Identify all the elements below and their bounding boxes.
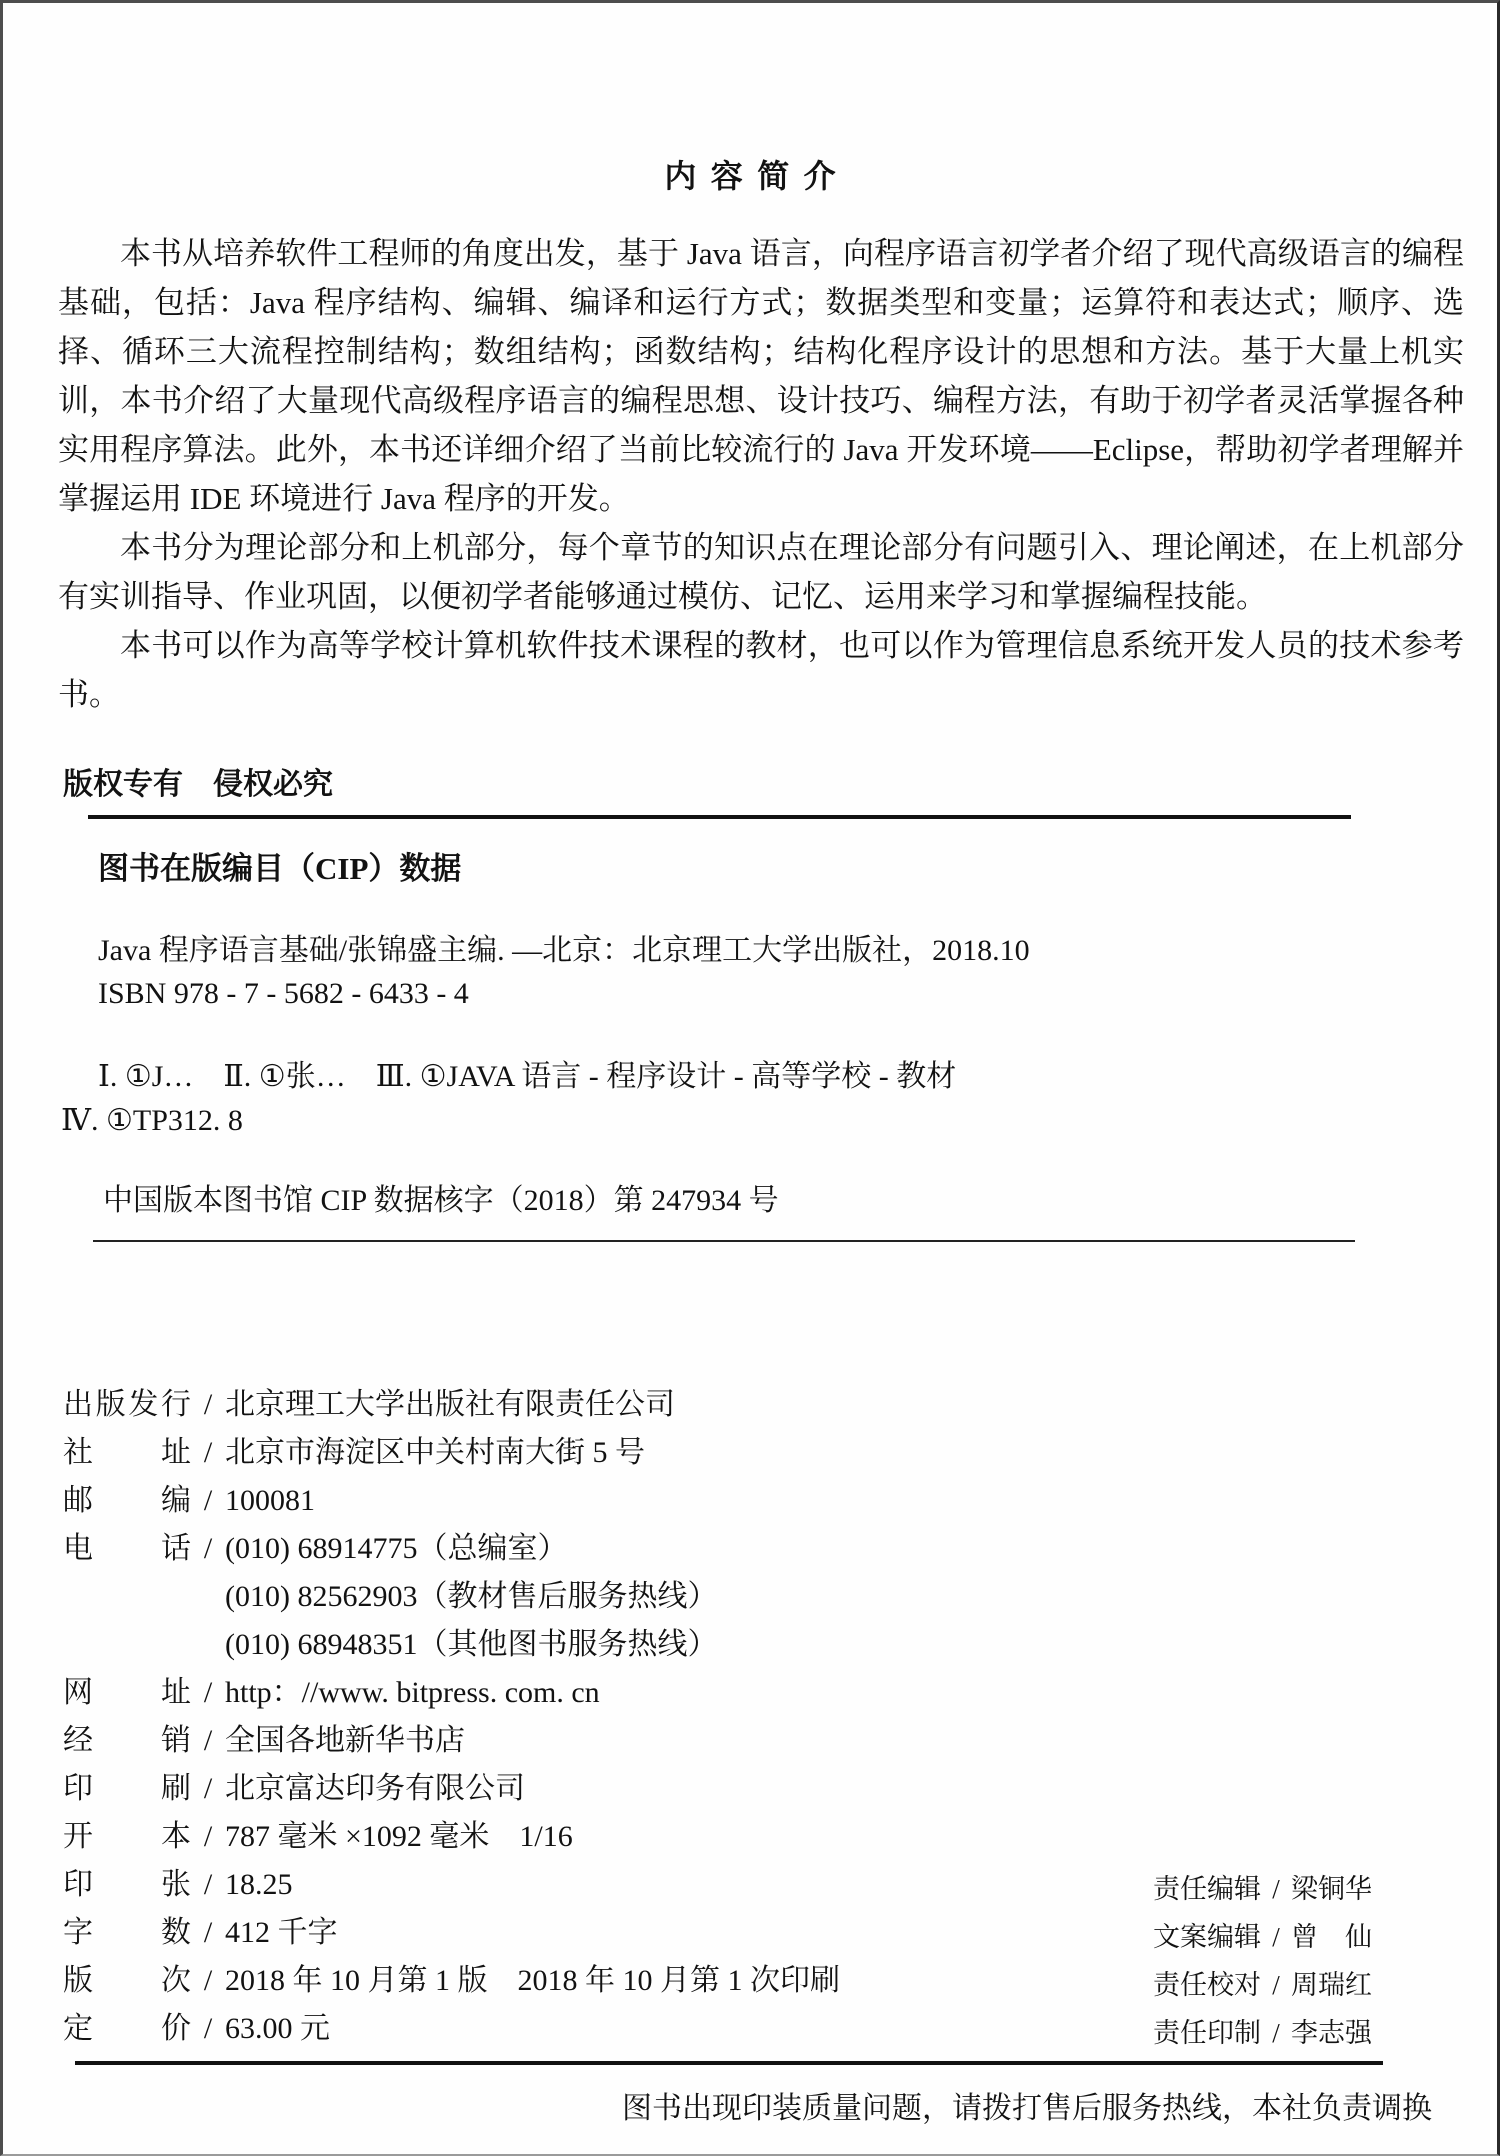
pub-label: 版次 xyxy=(63,1957,191,2005)
pub-label: 出版发行 xyxy=(63,1381,191,1429)
pub-row-phone-1: 电话/(010) 68914775（总编室） xyxy=(3,1525,1500,1573)
pub-value: 18.25 xyxy=(225,1868,293,1901)
pub-value: 787 毫米 ×1092 毫米 1/16 xyxy=(225,1820,573,1853)
pub-value: 100081 xyxy=(225,1484,315,1517)
cip-classification-line2: Ⅳ. ①TP312. 8 xyxy=(61,1103,243,1138)
horizontal-rule-top xyxy=(88,815,1351,819)
pub-value: (010) 82562903（教材售后服务热线） xyxy=(225,1580,717,1613)
cip-title-line: Java 程序语言基础/张锦盛主编. —北京：北京理工大学出版社，2018.10 xyxy=(98,925,1030,969)
staff-separator: / xyxy=(1261,1913,1291,1961)
pub-value: 北京市海淀区中关村南大街 5 号 xyxy=(225,1436,645,1469)
staff-label: 责任印制 xyxy=(1153,2009,1261,2057)
pub-value: (010) 68948351（其他图书服务热线） xyxy=(225,1628,717,1661)
staff-separator: / xyxy=(1261,2009,1291,2057)
staff-name: 梁铜华 xyxy=(1291,1865,1372,1913)
pub-separator: / xyxy=(191,1765,225,1813)
pub-label: 开本 xyxy=(63,1813,191,1861)
pub-separator: / xyxy=(191,2005,225,2053)
pub-value: 63.00 元 xyxy=(225,2012,330,2045)
copyright-notice: 版权专有 侵权必究 xyxy=(63,759,333,803)
staff-credits: 责任编辑/梁铜华 文案编辑/曾 仙 责任校对/周瑞红 责任印制/李志强 xyxy=(1153,1865,1372,2057)
content-summary: 本书从培养软件工程师的角度出发，基于 Java 语言，向程序语言初学者介绍了现代… xyxy=(58,229,1464,719)
pub-value: 412 千字 xyxy=(225,1916,338,1949)
pub-label: 网址 xyxy=(63,1669,191,1717)
staff-label: 责任校对 xyxy=(1153,1961,1261,2009)
pub-separator: / xyxy=(191,1957,225,2005)
pub-label: 字数 xyxy=(63,1909,191,1957)
page-title: 内容简介 xyxy=(3,151,1497,197)
staff-row-print-supervisor: 责任印制/李志强 xyxy=(1153,2009,1372,2057)
staff-row-proofreader: 责任校对/周瑞红 xyxy=(1153,1961,1372,2009)
cip-classification-line: Ⅰ. ①J… Ⅱ. ①张… Ⅲ. ①JAVA 语言 - 程序设计 - 高等学校 … xyxy=(98,1051,956,1095)
pub-separator: / xyxy=(191,1525,225,1573)
pub-separator: / xyxy=(191,1717,225,1765)
horizontal-rule-middle xyxy=(93,1240,1355,1242)
staff-name: 曾 仙 xyxy=(1291,1913,1372,1961)
intro-paragraph-1: 本书从培养软件工程师的角度出发，基于 Java 语言，向程序语言初学者介绍了现代… xyxy=(58,229,1464,523)
staff-separator: / xyxy=(1261,1961,1291,2009)
pub-label: 印刷 xyxy=(63,1765,191,1813)
staff-label: 责任编辑 xyxy=(1153,1865,1261,1913)
intro-paragraph-3: 本书可以作为高等学校计算机软件技术课程的教材，也可以作为管理信息系统开发人员的技… xyxy=(58,621,1464,719)
pub-row-printing: 印刷/北京富达印务有限公司 xyxy=(3,1765,1500,1813)
pub-label: 定价 xyxy=(63,2005,191,2053)
pub-row-phone-2: (010) 82562903（教材售后服务热线） xyxy=(3,1573,1500,1621)
pub-value: 北京富达印务有限公司 xyxy=(225,1772,525,1805)
pub-row-postcode: 邮编/100081 xyxy=(3,1477,1500,1525)
horizontal-rule-bottom xyxy=(75,2061,1383,2065)
pub-row-format: 开本/787 毫米 ×1092 毫米 1/16 xyxy=(3,1813,1500,1861)
pub-separator: / xyxy=(191,1669,225,1717)
cip-isbn-line: ISBN 978 - 7 - 5682 - 6433 - 4 xyxy=(98,977,469,1011)
staff-row-copy-editor: 文案编辑/曾 仙 xyxy=(1153,1913,1372,1961)
staff-label: 文案编辑 xyxy=(1153,1913,1261,1961)
pub-url: http：//www. bitpress. com. cn xyxy=(225,1676,600,1709)
pub-label: 电话 xyxy=(63,1525,191,1573)
copyright-page: 内容简介 本书从培养软件工程师的角度出发，基于 Java 语言，向程序语言初学者… xyxy=(0,0,1500,2156)
pub-label: 经销 xyxy=(63,1717,191,1765)
pub-value: (010) 68914775（总编室） xyxy=(225,1532,567,1565)
pub-separator: / xyxy=(191,1861,225,1909)
pub-separator: / xyxy=(191,1429,225,1477)
pub-separator: / xyxy=(191,1909,225,1957)
pub-row-address: 社址/北京市海淀区中关村南大街 5 号 xyxy=(3,1429,1500,1477)
pub-separator: / xyxy=(191,1381,225,1429)
cip-heading: 图书在版编目（CIP）数据 xyxy=(98,843,461,888)
pub-row-distribution: 经销/全国各地新华书店 xyxy=(3,1717,1500,1765)
pub-label: 邮编 xyxy=(63,1477,191,1525)
staff-name: 李志强 xyxy=(1291,2009,1372,2057)
cip-record-line: 中国版本图书馆 CIP 数据核字（2018）第 247934 号 xyxy=(103,1175,779,1219)
pub-label: 印张 xyxy=(63,1861,191,1909)
pub-separator: / xyxy=(191,1813,225,1861)
quality-notice: 图书出现印装质量问题，请拨打售后服务热线，本社负责调换 xyxy=(622,2083,1432,2127)
pub-label: 社址 xyxy=(63,1429,191,1477)
pub-row-publisher: 出版发行/北京理工大学出版社有限责任公司 xyxy=(3,1381,1500,1429)
staff-name: 周瑞红 xyxy=(1291,1961,1372,2009)
intro-paragraph-2: 本书分为理论部分和上机部分，每个章节的知识点在理论部分有问题引入、理论阐述，在上… xyxy=(58,523,1464,621)
staff-separator: / xyxy=(1261,1865,1291,1913)
pub-separator: / xyxy=(191,1477,225,1525)
pub-value: 全国各地新华书店 xyxy=(225,1724,465,1757)
pub-row-phone-3: (010) 68948351（其他图书服务热线） xyxy=(3,1621,1500,1669)
pub-value: 北京理工大学出版社有限责任公司 xyxy=(225,1388,675,1421)
staff-row-editor: 责任编辑/梁铜华 xyxy=(1153,1865,1372,1913)
pub-row-website: 网址/http：//www. bitpress. com. cn xyxy=(3,1669,1500,1717)
pub-value: 2018 年 10 月第 1 版 2018 年 10 月第 1 次印刷 xyxy=(225,1964,840,1997)
